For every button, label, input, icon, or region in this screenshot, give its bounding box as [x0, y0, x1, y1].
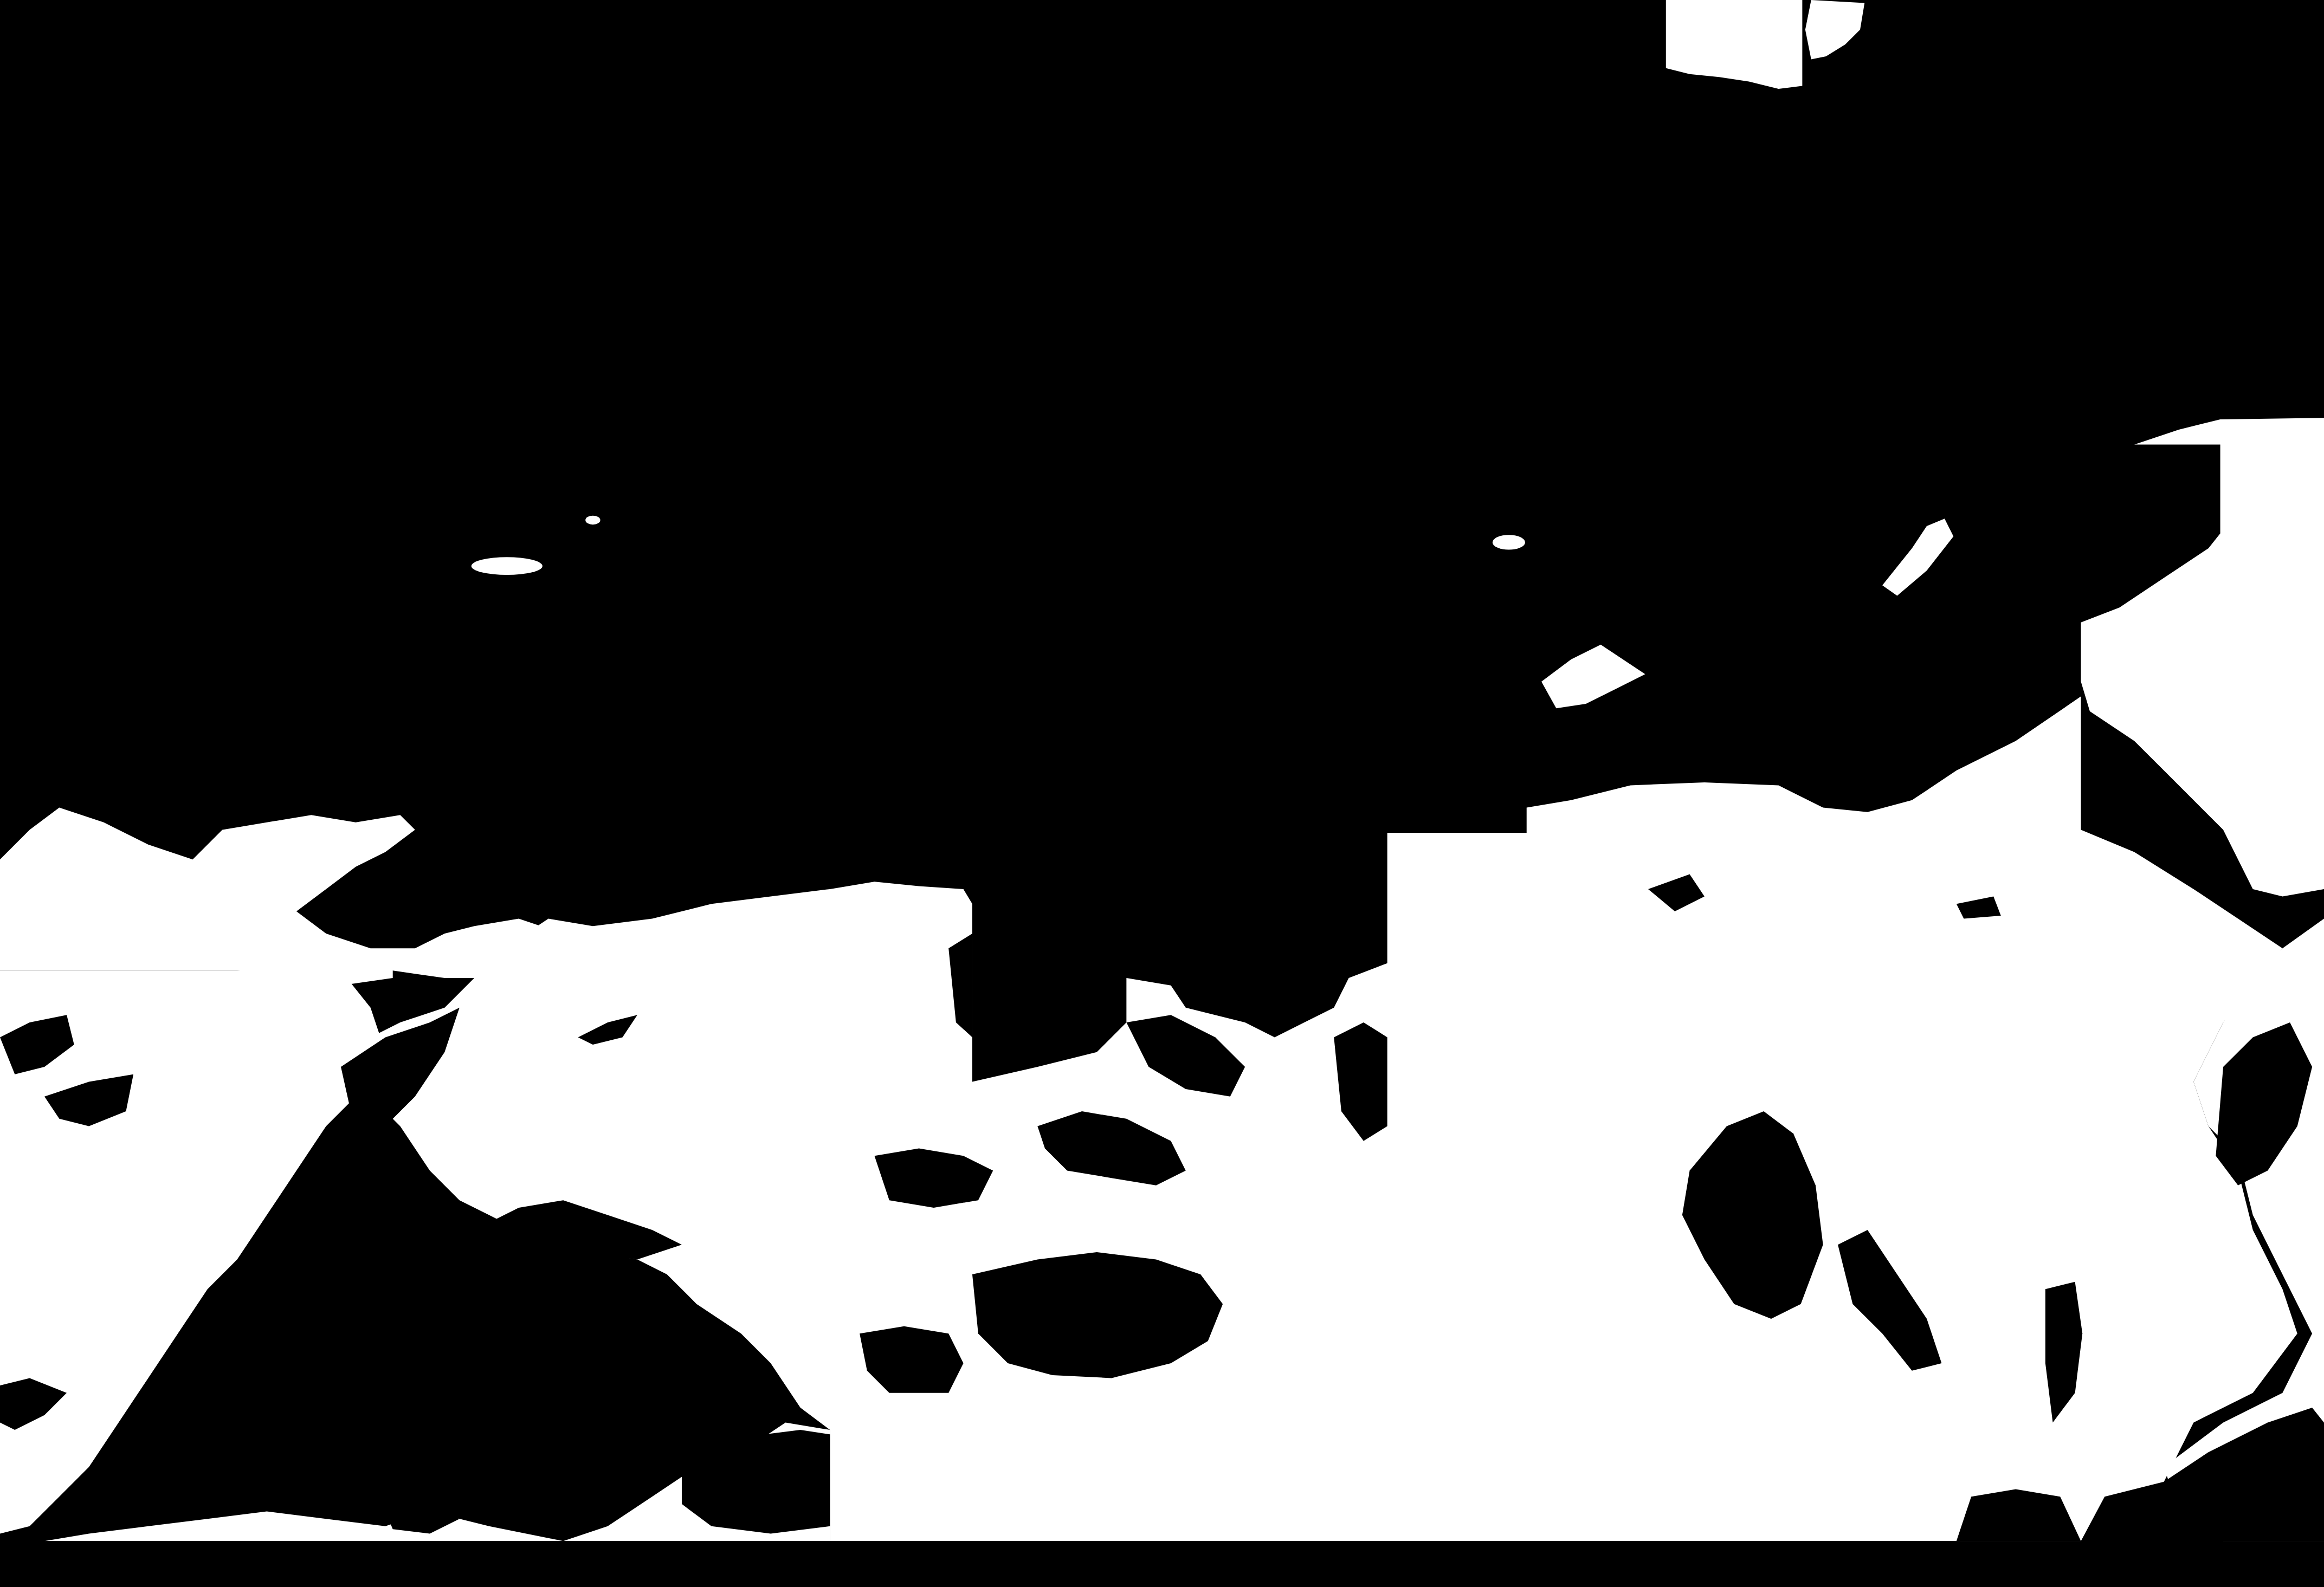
binary-mask-image — [0, 0, 2324, 1587]
bottom-black-band — [0, 1541, 2324, 1587]
